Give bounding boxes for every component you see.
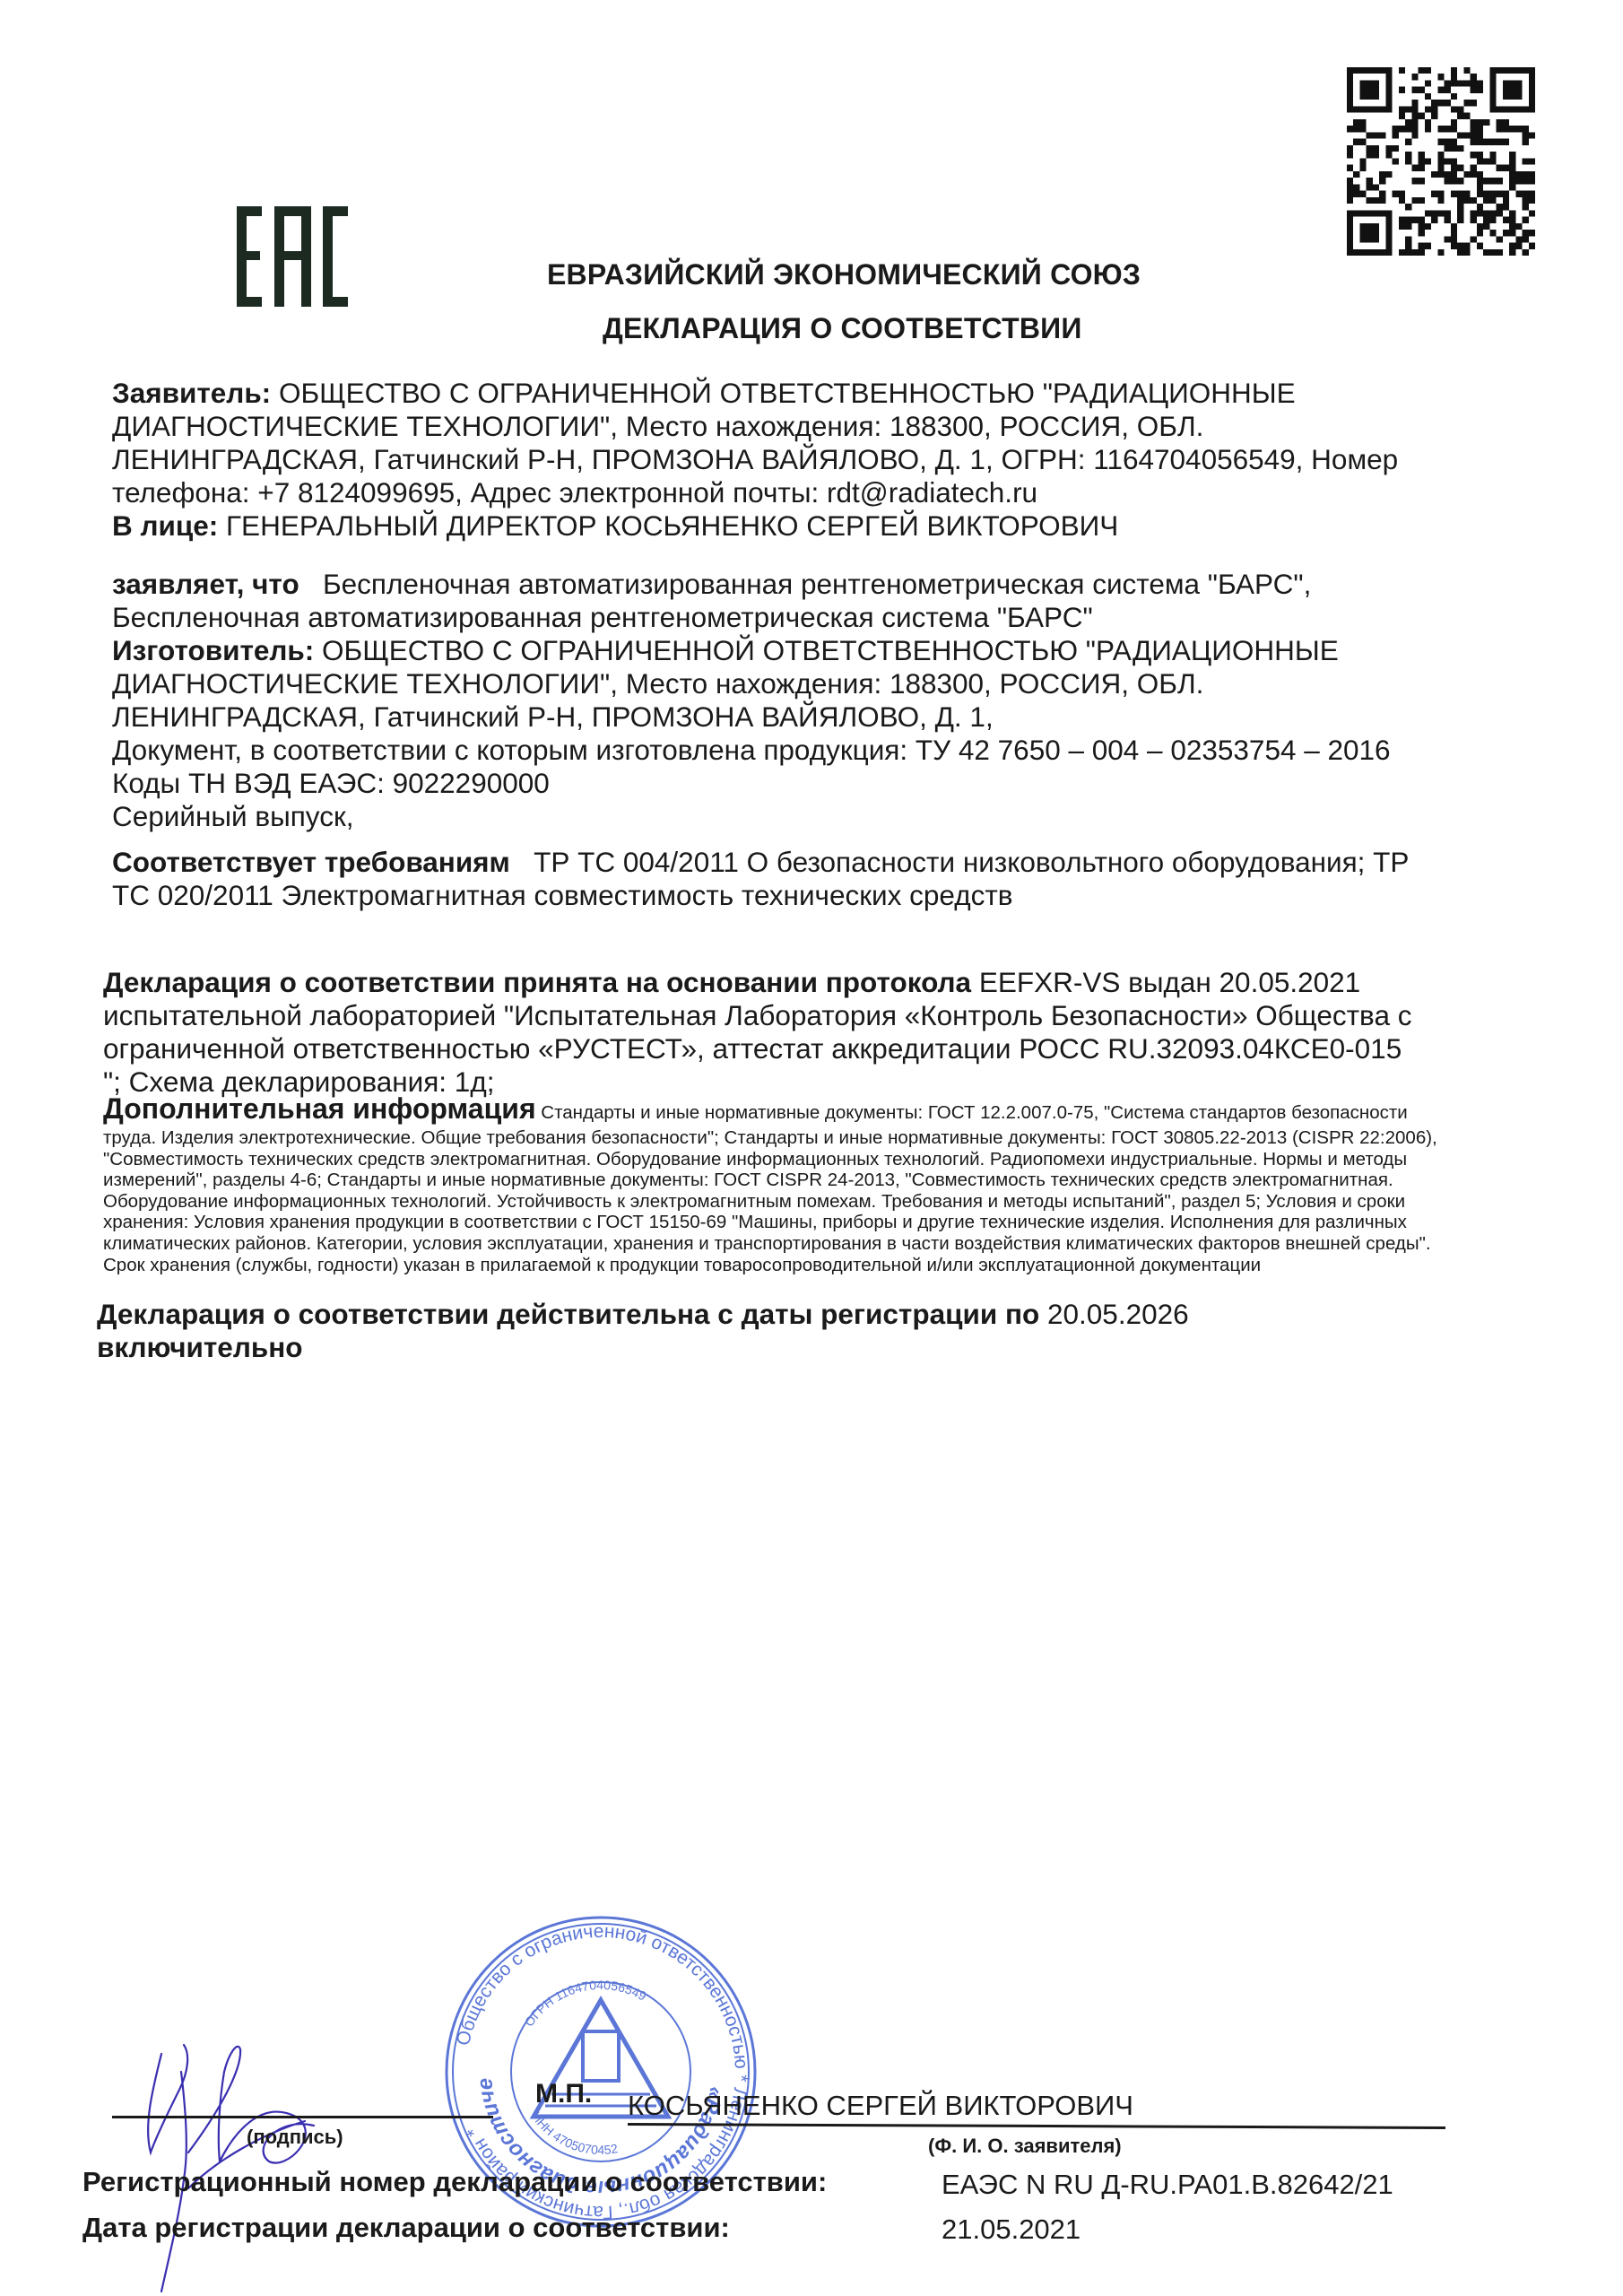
additional-info-line: хранения: Условия хранения продукции в с…: [103, 1212, 1437, 1233]
manufacturer-label: Изготовитель:: [112, 634, 314, 666]
validity-label: Декларация о соответствии действительна …: [97, 1298, 1039, 1330]
qr-code-icon[interactable]: [1347, 67, 1535, 256]
additional-info-label: Дополнительная информация: [103, 1092, 536, 1125]
additional-info-line: измерений", разделы 4-6; Стандарты и ины…: [103, 1170, 1437, 1191]
basis-label: Декларация о соответствии принята на осн…: [103, 966, 971, 998]
svg-text:ОГРН 1164704056549: ОГРН 1164704056549: [522, 1978, 649, 2029]
declares-label: заявляет, что: [112, 568, 299, 600]
applicant-line: ЛЕНИНГРАДСКАЯ, Гатчинский Р-Н, ПРОМЗОНА …: [112, 443, 1398, 476]
basis-line: ограниченной ответственностью «РУСТЕСТ»,…: [103, 1032, 1411, 1065]
represented-by-value: ГЕНЕРАЛЬНЫЙ ДИРЕКТОР КОСЬЯНЕНКО СЕРГЕЙ В…: [218, 509, 1118, 542]
applicant-label: Заявитель:: [112, 377, 271, 409]
validity-suffix: включительно: [97, 1331, 1189, 1364]
registration-date-label: Дата регистрации декларации о соответств…: [82, 2212, 730, 2244]
complies-section: Соответствует требованиям ТР ТС 004/2011…: [112, 846, 1409, 912]
represented-by-label: В лице:: [112, 509, 218, 542]
validity-date: 20.05.2026: [1039, 1298, 1188, 1330]
manufacturer-line: ОБЩЕСТВО С ОГРАНИЧЕННОЙ ОТВЕТСТВЕННОСТЬЮ…: [314, 634, 1339, 666]
document-title: ДЕКЛАРАЦИЯ О СООТВЕТСТВИИ: [603, 312, 1082, 345]
applicant-line: телефона: +7 8124099695, Адрес электронн…: [112, 476, 1398, 509]
basis-section: Декларация о соответствии принята на осн…: [103, 966, 1411, 1099]
eac-logo-icon: [235, 206, 350, 307]
additional-info-line: Оборудование информационных технологий. …: [103, 1191, 1437, 1213]
serial-line: Серийный выпуск,: [112, 800, 1391, 833]
union-title: ЕВРАЗИЙСКИЙ ЭКОНОМИЧЕСКИЙ СОЮЗ: [547, 258, 1141, 291]
additional-info-line: Стандарты и иные нормативные документы: …: [536, 1102, 1408, 1123]
applicant-section: Заявитель: ОБЩЕСТВО С ОГРАНИЧЕННОЙ ОТВЕТ…: [112, 377, 1398, 543]
product-section: заявляет, что Беспленочная автоматизиров…: [112, 568, 1391, 833]
additional-info-line: Срок хранения (службы, годности) указан …: [103, 1255, 1437, 1276]
signature-caption: (подпись): [247, 2126, 343, 2149]
signer-name: КОСЬЯНЕНКО СЕРГЕЙ ВИКТОРОВИЧ: [628, 2090, 1133, 2122]
complies-line: ТС 020/2011 Электромагнитная совместимос…: [112, 879, 1409, 912]
applicant-line: ДИАГНОСТИЧЕСКИЕ ТЕХНОЛОГИИ", Место нахож…: [112, 410, 1398, 443]
registration-date-value: 21.05.2021: [942, 2213, 1081, 2246]
manufacturer-line: ДИАГНОСТИЧЕСКИЕ ТЕХНОЛОГИИ", Место нахож…: [112, 667, 1391, 700]
codes-line: Коды ТН ВЭД ЕАЭС: 9022290000: [112, 767, 1391, 800]
product-line: Беспленочная автоматизированная рентгено…: [112, 601, 1391, 634]
manufacturer-line: ЛЕНИНГРАДСКАЯ, Гатчинский Р-Н, ПРОМЗОНА …: [112, 700, 1391, 734]
additional-info-line: "Совместимость технических средств элект…: [103, 1149, 1437, 1170]
document-line: Документ, в соответствии с которым изгот…: [112, 734, 1391, 767]
basis-line: EEFXR-VS выдан 20.05.2021: [971, 966, 1360, 998]
stamp-placeholder-label: М.П.: [535, 2079, 592, 2109]
complies-line: ТР ТС 004/2011 О безопасности низковольт…: [510, 846, 1410, 878]
registration-number-value: ЕАЭС N RU Д-RU.PA01.В.82642/21: [942, 2169, 1393, 2201]
additional-info-line: труда. Изделия электротехнические. Общие…: [103, 1127, 1437, 1149]
additional-info-section: Дополнительная информация Стандарты и ин…: [103, 1096, 1437, 1275]
signature-line: [112, 2116, 493, 2118]
name-caption: (Ф. И. О. заявителя): [928, 2135, 1122, 2158]
complies-label: Соответствует требованиям: [112, 846, 510, 878]
basis-line: испытательной лабораторией "Испытательна…: [103, 999, 1411, 1032]
product-line: Беспленочная автоматизированная рентгено…: [299, 568, 1312, 600]
validity-section: Декларация о соответствии действительна …: [97, 1298, 1189, 1364]
registration-number-label: Регистрационный номер декларации о соотв…: [82, 2166, 827, 2198]
additional-info-line: климатических районов. Категории, услови…: [103, 1233, 1437, 1255]
applicant-line: ОБЩЕСТВО С ОГРАНИЧЕННОЙ ОТВЕТСТВЕННОСТЬЮ…: [271, 377, 1296, 409]
